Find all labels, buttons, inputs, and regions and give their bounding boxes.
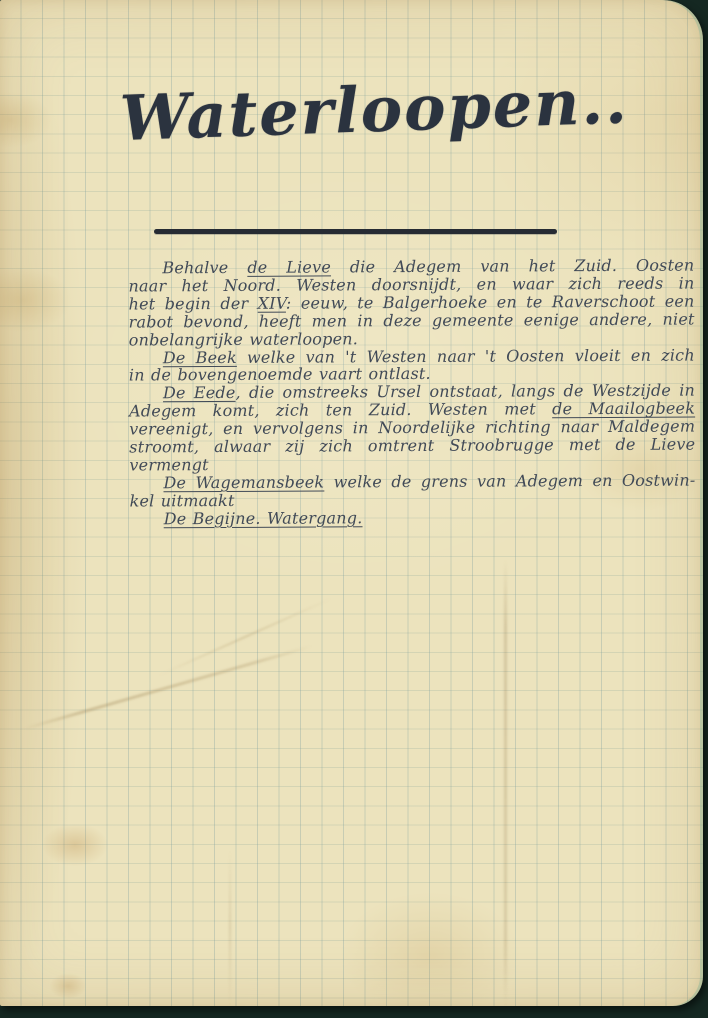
underlined-text: De Begijne. Watergang. (164, 508, 363, 528)
text-line: De Begijne. Watergang. (130, 507, 696, 528)
text-segment: welke van 't Westen naar 't Oosten vloei… (237, 345, 695, 366)
underlined-text: de Maailogbeek (552, 399, 695, 419)
text-segment: Behalve (162, 258, 247, 277)
paper-crease (504, 560, 507, 1006)
underlined-text: De Wagemansbeek (163, 472, 324, 492)
text-segment: kel uitmaakt (130, 491, 235, 511)
text-segment: welke de grens van Adegem en Oostwin- (324, 470, 695, 491)
text-segment: rabot bevond, heeft men in deze gemeente… (129, 309, 695, 331)
text-line: De Wagemansbeek welke de grens van Adege… (129, 471, 695, 492)
manuscript-page: Waterloopen.. Behalve de Lieve die Adege… (0, 0, 703, 1006)
underlined-text: De Beek (163, 347, 237, 366)
underlined-text: XIV (258, 293, 286, 312)
title-divider (154, 229, 557, 234)
text-line: stroomt, alwaar zij zich omtrent Stroobr… (129, 436, 695, 457)
scanner-background: Waterloopen.. Behalve de Lieve die Adege… (0, 0, 708, 1018)
paper-crease (23, 645, 312, 731)
text-segment: vermengt (129, 455, 208, 474)
paper-crease (229, 850, 231, 1006)
text-line: rabot bevond, heeft men in deze gemeente… (129, 310, 695, 331)
paper-crease (158, 597, 332, 676)
text-segment: het begin der (128, 294, 257, 314)
text-segment: stroomt, alwaar zij zich omtrent Stroobr… (129, 435, 695, 457)
page-title: Waterloopen.. (119, 66, 581, 156)
underlined-text: de Lieve (247, 257, 331, 276)
underlined-text: De Eede (163, 383, 236, 402)
manuscript-body: Behalve de Lieve die Adegem van het Zuid… (128, 257, 695, 529)
